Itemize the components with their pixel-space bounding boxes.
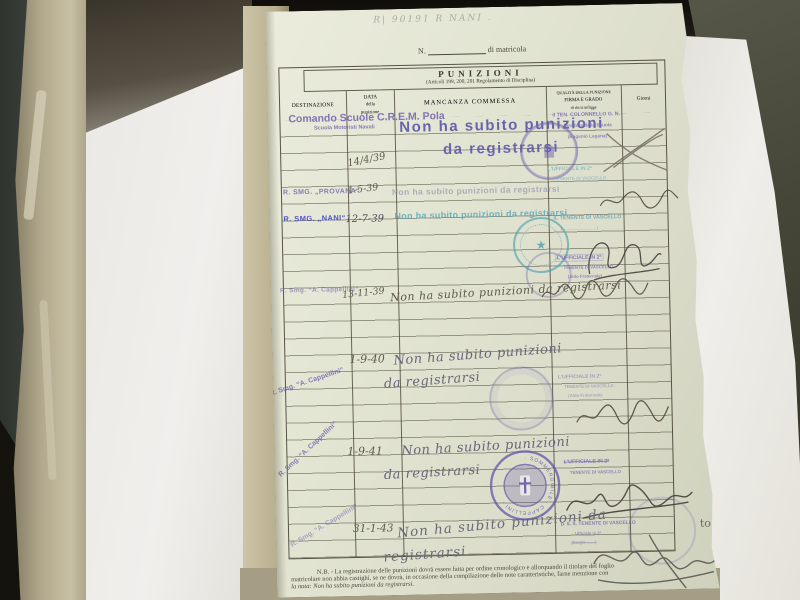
margin-pencil-note: to [700,517,711,530]
matricola-blank-line [428,53,486,55]
pencil-note: R| 90191 R NANI . [373,13,493,25]
firma-stamp-line: L'UFFICIALE IN 2ª [558,374,601,380]
stamp-shield-icon [544,144,554,158]
firma-stamp-line: L'UFFICIALE IN 2ª [564,458,610,465]
left-beige-box [12,0,96,600]
photo-scene: R| 90191 R NANI . N. di matricola PUNIZI… [0,0,800,600]
pencil-cross-scribble [599,120,672,177]
handwritten-date: 1-9-41 [347,444,383,458]
handwritten-date: 12-7-39 [345,213,384,225]
col-label: MANCANZA COMMESSA [424,98,516,107]
firma-stamp-line: L'UFFICIALE IN 2ª [547,166,592,173]
firma-stamp-line: L'UFFICIALE IN 2ª [555,254,603,262]
signature-squiggle [598,186,681,214]
document-page: R| 90191 R NANI . N. di matricola PUNIZI… [265,2,723,597]
col-label: della [365,102,374,108]
signature-squiggle [574,396,671,432]
destination-stamp-sub: Scuola Motoristi Navali [314,124,375,131]
handwritten-date: 1-9-40 [349,352,385,366]
handwritten-date: 31-1-43 [353,522,394,535]
col-label: FIRMA E GRADO [565,97,603,103]
col-label: QUALITÀ DELLA PUNIZIONE [556,90,610,96]
destination-stamp: R. SMG. „NANI“ [283,213,345,223]
col-label: di chi la infligge [571,105,597,110]
col-label: Giorni [636,96,650,102]
col-label: DESTINAZIONE [292,102,334,109]
col-header-giorni: Giorni [621,84,666,113]
punizioni-table: PUNIZIONI (Articoli 199, 200, 201 Regola… [278,59,675,559]
col-label: DATA [363,94,377,100]
matricola-line: N. di matricola [418,44,526,55]
matricola-suffix: di matricola [488,44,527,54]
matricola-n: N. [418,46,426,55]
